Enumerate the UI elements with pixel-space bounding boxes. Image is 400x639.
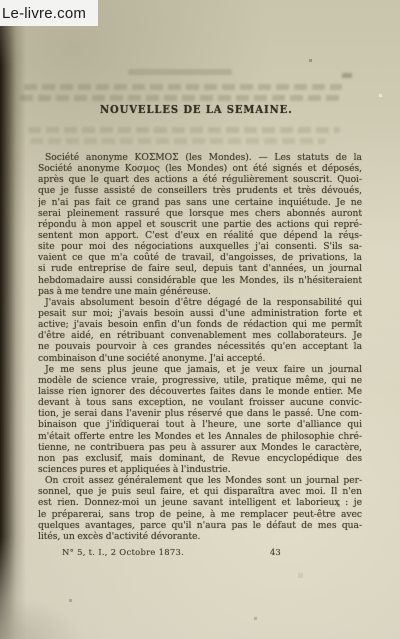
text-line: laisse rien ignorer des découvertes fait… xyxy=(38,386,362,397)
text-line: On croit assez généralement que les Mond… xyxy=(38,475,362,486)
page-number: 43 xyxy=(270,547,281,557)
text-line: sentent mon apport. C'est d'eux en réali… xyxy=(38,230,362,241)
text-line: Société anonyme ΚΟΣΜΟΣ (les Mondes). — L… xyxy=(38,152,362,163)
text-line: je n'ai pas fait ce grand pas sans une c… xyxy=(38,197,362,208)
issue-line: N° 5, t. I., 2 Octobre 1873. xyxy=(62,547,184,557)
text-line: J'avais absolument besoin d'être dégagé … xyxy=(38,297,362,308)
text-line: après que le quart des actions a été rég… xyxy=(38,174,362,185)
text-line: tion, je serai dans l'avenir plus réserv… xyxy=(38,408,362,419)
text-line: que je fusse assisté de conseillers très… xyxy=(38,185,362,196)
scanned-page: Le-livre.com NOUVELLES DE LA SEMAINE. So… xyxy=(0,0,400,639)
text-line: site pour moi des négociations auxquelle… xyxy=(38,241,362,252)
text-line: ne pouvais pourvoir à ces grandes nécess… xyxy=(38,341,362,352)
paragraph: Société anonyme ΚΟΣΜΟΣ (les Mondes). — L… xyxy=(38,152,362,297)
text-line: sciences pures et appliquées à l'industr… xyxy=(38,464,362,475)
text-line: sonnel, que je puis seul faire, et qui d… xyxy=(38,486,362,497)
text-line: m'était offerte entre les Mondes et les … xyxy=(38,431,362,442)
text-line: hebdomadaire aussi considérable que les … xyxy=(38,275,362,286)
text-line: pas à me tendre une main généreuse. xyxy=(38,286,362,297)
text-line: vaient ce que m'a coûté de travail, d'an… xyxy=(38,252,362,263)
text-line: quelques avantages, parce qu'il n'aura p… xyxy=(38,520,362,531)
paragraph: Je me sens plus jeune que jamais, et je … xyxy=(38,364,362,475)
text-line: modèle de science vraie, progressive, ut… xyxy=(38,375,362,386)
article-title: NOUVELLES DE LA SEMAINE. xyxy=(100,104,293,116)
paragraph: J'avais absolument besoin d'être dégagé … xyxy=(38,297,362,364)
text-line: non pas exclusif, mais dominant, de Revu… xyxy=(38,453,362,464)
text-line: répondu à mon appel et souscrit une part… xyxy=(38,219,362,230)
text-line: active; j'avais besoin enfin d'un fonds … xyxy=(38,319,362,330)
text-line: Société anonyme Κοσμος (les Mondes) ont … xyxy=(38,163,362,174)
text-line: lités, un excès d'activité dévorante. xyxy=(38,531,362,542)
text-line: binaison que j'indiquerai tout à l'heure… xyxy=(38,419,362,430)
text-line: serai pleinement rassuré que lorsque mes… xyxy=(38,208,362,219)
text-line: si rude entreprise de faire seul, depuis… xyxy=(38,263,362,274)
book-gutter-shadow xyxy=(0,0,26,639)
watermark: Le-livre.com xyxy=(0,0,98,26)
text-line: combinaison d'une société anonyme. J'ai … xyxy=(38,353,362,364)
text-line: d'être aidé, en rétribuant convenablemen… xyxy=(38,330,362,341)
paragraph: On croit assez généralement que les Mond… xyxy=(38,475,362,542)
watermark-text: Le-livre.com xyxy=(2,5,86,22)
text-line: devant à tous sans exception, ne voulant… xyxy=(38,397,362,408)
page-content: NOUVELLES DE LA SEMAINE. Société anonyme… xyxy=(38,0,362,639)
text-line: est rien. Donnez-moi un jeune savant int… xyxy=(38,497,362,508)
body-text: Société anonyme ΚΟΣΜΟΣ (les Mondes). — L… xyxy=(38,152,362,542)
text-line: Je me sens plus jeune que jamais, et je … xyxy=(38,364,362,375)
page-footer: N° 5, t. I., 2 Octobre 1873. 43 xyxy=(38,547,362,561)
text-line: tienne, ne contribuera pas peu à assurer… xyxy=(38,442,362,453)
text-line: le préparerai, sans trop de peine, à me … xyxy=(38,509,362,520)
text-line: pesait sur moi; j'avais besoin aussi d'u… xyxy=(38,308,362,319)
